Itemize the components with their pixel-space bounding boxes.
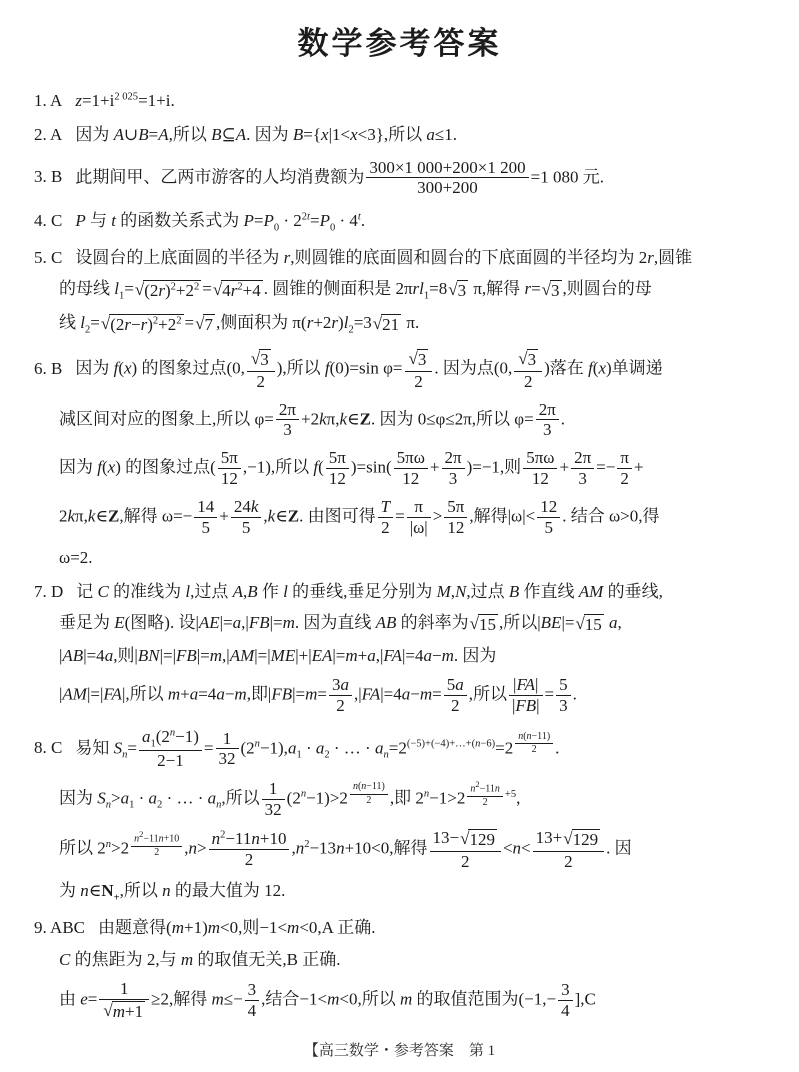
math-variable: M [437, 582, 451, 601]
fraction-denominator: 2 [514, 372, 542, 391]
fraction-numerator: T [378, 498, 393, 518]
superscript: n [255, 738, 260, 749]
bold-symbol: Z [288, 506, 299, 525]
subscript: n [383, 749, 388, 760]
fraction-numerator: 5π [326, 449, 349, 469]
fraction-numerator: 5π [218, 449, 241, 469]
fraction-numerator: 5a [444, 676, 467, 696]
superscript: 2 [194, 282, 199, 293]
fraction-denominator: 2 [430, 852, 501, 871]
radical: √3 [518, 349, 538, 370]
math-variable: n [518, 731, 523, 742]
math-variable: m [283, 613, 295, 632]
answer-item: 1. Az=1+i2 025=1+i. [34, 85, 765, 116]
math-variable: AB [376, 613, 397, 632]
radical: √3 [542, 280, 562, 301]
math-variable: x [124, 359, 132, 378]
math-variable: a [341, 675, 350, 694]
math-variable: m [168, 684, 180, 703]
math-variable: a [216, 684, 225, 703]
fraction: 13+√1292 [533, 829, 604, 870]
fraction-numerator: √3 [514, 349, 542, 372]
fraction: n(n−11)2 [350, 782, 388, 806]
answer-item: 2. A因为 A∪B=A,所以 B⊆A. 因为 B={x|1<x<3},所以 a… [34, 119, 765, 150]
answer-item: 6. B因为 f(x) 的图象过点(0,√32),所以 f(0)=sin φ=√… [34, 344, 765, 573]
math-variable: C [59, 950, 70, 969]
math-variable: m [113, 1002, 125, 1021]
math-variable: a [426, 125, 435, 144]
subscript: 1 [119, 291, 124, 302]
fraction-numerator: 5π [444, 498, 467, 518]
math-variable: a [455, 675, 464, 694]
math-variable: ME [271, 646, 296, 665]
math-variable: FA [516, 675, 535, 694]
math-variable: S [97, 789, 106, 808]
subscript: 1 [296, 749, 301, 760]
answer-item: 4. CP 与 t 的函数关系式为 P=P0 · 22t=P0 · 4t. [34, 205, 765, 239]
math-variable: n [170, 727, 175, 738]
math-variable: n [216, 800, 221, 811]
math-variable: BE [541, 613, 562, 632]
bold-symbol: N+ [101, 881, 119, 900]
fraction-numerator: 14 [194, 498, 217, 518]
fraction: π2 [617, 449, 632, 488]
fraction-numerator: 5πω [394, 449, 428, 469]
math-variable: FB [271, 684, 292, 703]
math-variable: x [321, 125, 329, 144]
radical: √4r2+4 [213, 280, 263, 301]
fraction: π|ω| [407, 498, 431, 537]
page-title: 数学参考答案 [34, 18, 765, 63]
answer-item: 8. C易知 Sn=a1(2n−1)2−1=132(2n−1),a1 · a2 … [34, 723, 765, 910]
fraction-numerator: √3 [247, 349, 275, 372]
fraction: n2−11n+102 [131, 830, 182, 858]
fraction: n2−11n2 [467, 780, 503, 808]
superscript: 2 [171, 282, 176, 293]
answer-item: 5. C设圆台的上底面圆的半径为 r,则圆锥的底面圆和圆台的下底面圆的半径均为 … [34, 242, 765, 341]
fraction-numerator: 13−√129 [430, 829, 501, 852]
fraction-numerator: 2π [571, 449, 594, 469]
bold-symbol: Z [108, 506, 119, 525]
fraction-denominator: 12 [218, 469, 241, 488]
fraction-numerator: 2π [276, 401, 299, 421]
radical-body: 129 [468, 829, 497, 850]
subscript: 2 [348, 325, 353, 336]
math-variable: f [97, 458, 102, 477]
math-variable: n [301, 789, 306, 800]
math-variable: m [172, 918, 184, 937]
radical: √3 [251, 349, 271, 370]
math-variable: n [424, 789, 429, 800]
superscript: 2 [176, 315, 181, 326]
answer-line: 线 l2=√(2r−r)2+22=√7,侧面积为 π(r+2r)l2=3√21 … [34, 307, 765, 341]
fraction-numerator: 12 [537, 498, 560, 518]
fraction-denominator: |ω| [407, 518, 431, 537]
answer-first-line: 1. Az=1+i2 025=1+i. [34, 85, 765, 116]
fraction-denominator: 3 [571, 469, 594, 488]
radical-body: 4r2+4 [221, 280, 262, 301]
answer-first-line: 8. C易知 Sn=a1(2n−1)2−1=132(2n−1),a1 · a2 … [34, 723, 765, 776]
math-variable: FA [362, 684, 381, 703]
fraction: √32 [247, 349, 275, 390]
answer-line: |AB|=4a,则|BN|=|FB|=m,|AM|=|ME|+|EA|=m+a,… [34, 640, 765, 671]
math-variable: n [159, 834, 164, 845]
superscript: (−5)+(−4)+…+(n−6) [407, 738, 495, 749]
math-variable: P [320, 211, 330, 230]
answer-number-and-choice: 9. ABC [34, 918, 85, 937]
math-variable: FB [176, 646, 197, 665]
answer-number-and-choice: 6. B [34, 359, 62, 378]
fraction: 34 [558, 981, 573, 1020]
answer-first-line: 6. B因为 f(x) 的图象过点(0,√32),所以 f(0)=sin φ=√… [34, 344, 765, 395]
math-variable: A [114, 125, 124, 144]
math-variable: n [383, 749, 388, 760]
math-variable: BN [138, 646, 160, 665]
math-variable: B [138, 125, 148, 144]
subscript: 1 [424, 291, 429, 302]
superscript: n [424, 789, 429, 800]
fraction-numerator: 2π [442, 449, 465, 469]
math-variable: f [325, 359, 330, 378]
fraction: 300×1 000+200×1 200300+200 [366, 159, 528, 198]
fraction: 132 [262, 780, 285, 819]
math-variable: k [319, 409, 327, 428]
math-variable: n [495, 784, 500, 795]
math-variable: n [80, 881, 89, 900]
fraction-denominator: 12 [523, 469, 557, 488]
fraction: 34 [245, 981, 260, 1020]
fraction: 24k5 [231, 498, 262, 537]
math-variable: FA [383, 646, 402, 665]
answer-line: |AM|=|FA|,所以 m+a=4a−m,即|FB|=m=3a2,|FA|=4… [34, 671, 765, 720]
answer-number-and-choice: 2. A [34, 125, 62, 144]
radical-body: 3 [417, 349, 429, 370]
radical: √129 [563, 829, 600, 850]
fraction-denominator: 2 [247, 372, 275, 391]
superscript: 2t [302, 212, 310, 223]
fraction-denominator: 3 [536, 420, 559, 439]
math-variable: r [647, 248, 654, 267]
fraction-denominator: 4 [558, 1001, 573, 1020]
math-variable: B [247, 582, 257, 601]
superscript: n [106, 839, 111, 850]
math-variable: n [251, 829, 260, 848]
fraction: 1√m+1 [99, 980, 149, 1021]
fraction-denominator: 2 [378, 518, 393, 537]
math-variable: a [105, 646, 114, 665]
math-variable: A [158, 125, 168, 144]
math-variable: AM [62, 684, 87, 703]
fraction-numerator: |FA| [509, 676, 543, 696]
math-variable: n [189, 839, 198, 858]
fraction: 125 [537, 498, 560, 537]
fraction: 2π3 [571, 449, 594, 488]
fraction-denominator: 2−1 [139, 751, 202, 770]
radical: √7 [195, 314, 215, 335]
answer-line: 的母线 l1=√(2r)2+22=√4r2+4. 圆锥的侧面积是 2πrl1=8… [34, 273, 765, 307]
radical-body: 15 [478, 614, 498, 635]
math-variable: FB [515, 696, 536, 715]
fraction-numerator: n(n−11) [350, 782, 388, 795]
fraction: 13−√1292 [430, 829, 501, 870]
fraction-denominator: 2 [533, 852, 604, 871]
math-variable: P [75, 211, 85, 230]
fraction-denominator: 2 [444, 696, 467, 715]
answer-number-and-choice: 3. B [34, 167, 62, 186]
math-variable: m [287, 918, 299, 937]
math-variable: r [141, 315, 148, 334]
fraction-denominator: 12 [394, 469, 428, 488]
fraction-denominator: 4 [245, 1001, 260, 1020]
radical-body: (2r−r)2+22 [109, 314, 183, 335]
fraction: |FA||FB| [509, 676, 543, 715]
fraction: 145 [194, 498, 217, 537]
math-variable: l [283, 582, 288, 601]
math-variable: a [367, 646, 376, 665]
math-variable: AE [199, 613, 220, 632]
subscript: 2 [157, 800, 162, 811]
fraction-denominator: 2 [515, 744, 553, 756]
radical-body: 3 [527, 349, 539, 370]
fraction-denominator: 32 [262, 800, 285, 819]
fraction-numerator: 13+√129 [533, 829, 604, 852]
fraction-denominator: 5 [194, 518, 217, 537]
radical: √3 [448, 280, 468, 301]
subscript: 2 [85, 325, 90, 336]
fraction-numerator: π [407, 498, 431, 518]
fraction-numerator: n2−11n+10 [131, 830, 182, 847]
math-variable: k [68, 506, 76, 525]
answer-number-and-choice: 1. A [34, 91, 62, 110]
math-variable: k [251, 497, 259, 516]
superscript: n [301, 789, 306, 800]
math-variable: AM [579, 582, 604, 601]
fraction: a1(2n−1)2−1 [139, 728, 202, 771]
fraction-denominator: 2 [131, 847, 182, 859]
math-variable: AM [230, 646, 255, 665]
math-variable: n [296, 839, 305, 858]
superscript: 2 [304, 839, 309, 850]
radical: √129 [460, 829, 497, 850]
math-variable: m [305, 684, 317, 703]
radical: √15 [470, 614, 498, 635]
fraction-numerator: √3 [405, 349, 433, 372]
math-variable: k [339, 409, 347, 428]
answer-sheet-page: 数学参考答案 1. Az=1+i2 025=1+i.2. A因为 A∪B=A,所… [0, 0, 799, 1072]
answer-first-line: 5. C设圆台的上底面圆的半径为 r,则圆锥的底面圆和圆台的下底面圆的半径均为 … [34, 242, 765, 273]
radical: √21 [373, 314, 401, 335]
page-footer: 【高三数学・参考答案 第 1 [34, 1029, 765, 1072]
fraction: √32 [514, 349, 542, 390]
math-variable: m [234, 684, 246, 703]
math-variable: T [381, 497, 390, 516]
math-variable: B [509, 582, 519, 601]
fraction-denominator: 2 [350, 795, 388, 807]
fraction: 5π12 [444, 498, 467, 537]
math-variable: x [108, 458, 116, 477]
radical-body: m+1 [112, 1001, 145, 1022]
math-variable: f [313, 458, 318, 477]
math-variable: t [307, 212, 310, 223]
radical-body: 21 [381, 314, 401, 335]
fraction-denominator: 2 [329, 696, 352, 715]
answer-number-and-choice: 4. C [34, 211, 62, 230]
subscript: n [106, 800, 111, 811]
answer-line: 减区间对应的图象上,所以 φ=2π3+2kπ,k∈Z. 因为 0≤φ≤2π,所以… [34, 396, 765, 445]
answer-number-and-choice: 7. D [34, 582, 63, 601]
radical-body: 129 [572, 829, 601, 850]
fraction: n2−11n+102 [209, 830, 290, 869]
math-variable: B [293, 125, 303, 144]
math-variable: l [185, 582, 190, 601]
fraction: 5π12 [326, 449, 349, 488]
math-variable: S [114, 738, 123, 757]
math-variable: B [211, 125, 221, 144]
math-variable: P [243, 211, 253, 230]
answer-line: 垂足为 E(图略). 设|AE|=a,|FB|=m. 因为直线 AB 的斜率为√… [34, 607, 765, 639]
fraction-denominator: 5 [537, 518, 560, 537]
fraction: 5πω12 [394, 449, 428, 488]
subscript: 0 [330, 223, 335, 234]
math-variable: E [114, 613, 124, 632]
math-variable: A [233, 582, 243, 601]
answer-line: C 的焦距为 2,与 m 的取值无关,B 正确. [34, 944, 765, 975]
fraction: n(n−11)2 [515, 732, 553, 756]
math-variable: r [158, 281, 165, 300]
radical-body: 3 [457, 280, 469, 301]
subscript: 1 [129, 800, 134, 811]
math-variable: n [475, 738, 480, 749]
subscript: + [114, 893, 120, 904]
math-variable: e [80, 989, 88, 1008]
math-variable: rl [413, 279, 424, 298]
answer-line: 为 n∈N+,所以 n 的最大值为 12. [34, 875, 765, 909]
fraction-numerator: π [617, 449, 632, 469]
radical: √(2r−r)2+22 [101, 314, 184, 335]
radical-body: (2r)2+22 [143, 280, 201, 301]
fraction-denominator: 300+200 [366, 178, 528, 197]
math-variable: AB [62, 646, 83, 665]
radical-body: 7 [203, 314, 215, 335]
superscript: n(n−11)2 [513, 738, 555, 749]
math-variable: m [420, 684, 432, 703]
answer-line: 因为 f(x) 的图象过点(5π12,−1),所以 f(5π12)=sin(5π… [34, 444, 765, 493]
math-variable: a [208, 789, 217, 808]
fraction-numerator: a1(2n−1) [139, 728, 202, 752]
math-variable: r [331, 313, 338, 332]
math-variable: FA [103, 684, 122, 703]
answer-line: 由 e=1√m+1≥2,解得 m≤−34,结合−1<m<0,所以 m 的取值范围… [34, 975, 765, 1026]
answer-first-line: 7. D记 C 的准线为 l,过点 A,B 作 l 的垂线,垂足分别为 M,N,… [34, 576, 765, 607]
radical: √m+1 [103, 1001, 145, 1022]
fraction: 132 [216, 730, 239, 769]
math-variable: t [358, 212, 361, 223]
math-variable: FB [249, 613, 270, 632]
math-variable: P [263, 211, 273, 230]
fraction-denominator: 2 [617, 469, 632, 488]
superscript: 2 [237, 282, 242, 293]
math-variable: a [402, 684, 411, 703]
radical-body: 3 [259, 349, 271, 370]
bold-symbol: Z [360, 409, 371, 428]
answer-line: ω=2. [34, 542, 765, 573]
fraction-numerator: n2−11n [467, 780, 503, 797]
fraction-numerator: 5πω [523, 449, 557, 469]
subscript: 1 [150, 738, 155, 749]
superscript: 2 [475, 779, 479, 789]
radical-body: 15 [584, 614, 604, 635]
fraction: 5a2 [444, 676, 467, 715]
answer-line: 所以 2n>2n2−11n+102,n>n2−11n+102,n2−13n+10… [34, 824, 765, 875]
superscript: 2 [153, 315, 158, 326]
superscript: n2−11n+102 [129, 839, 184, 850]
subscript: n [122, 749, 127, 760]
math-variable: k [88, 506, 96, 525]
fraction-numerator: n2−11n+10 [209, 830, 290, 850]
math-variable: n [255, 738, 260, 749]
answer-first-line: 4. CP 与 t 的函数关系式为 P=P0 · 22t=P0 · 4t. [34, 205, 765, 239]
math-variable: m [345, 646, 357, 665]
answer-first-line: 3. B此期间甲、乙两市游客的人均消费额为300×1 000+200×1 200… [34, 154, 765, 203]
fraction-denominator: 2 [467, 797, 503, 809]
fraction: 5πω12 [523, 449, 557, 488]
answer-line: 2kπ,k∈Z,解得 ω=−145+24k5,k∈Z. 由图可得T2=π|ω|>… [34, 493, 765, 542]
fraction-numerator: 1 [99, 980, 149, 1000]
fraction: T2 [378, 498, 393, 537]
math-variable: a [190, 684, 199, 703]
math-variable: C [98, 582, 109, 601]
subscript: 2 [324, 749, 329, 760]
fraction-numerator: 3 [558, 981, 573, 1001]
answer-number-and-choice: 5. C [34, 248, 62, 267]
math-variable: n [106, 800, 111, 811]
math-variable: f [588, 359, 593, 378]
radical: √(2r)2+22 [135, 280, 201, 301]
fraction-denominator: |FB| [509, 696, 543, 715]
fraction-denominator: 5 [231, 518, 262, 537]
radical-body: 3 [550, 280, 562, 301]
fraction-numerator: 1 [216, 730, 239, 750]
math-variable: x [350, 125, 358, 144]
math-variable: m [181, 950, 193, 969]
math-variable: n [361, 781, 366, 792]
fraction: 2π3 [536, 401, 559, 440]
math-variable: m [208, 918, 220, 937]
fraction: 53 [556, 676, 571, 715]
fraction-denominator: 2 [209, 850, 290, 869]
subscript: n [216, 800, 221, 811]
answer-first-line: 9. ABC由题意得(m+1)m<0,则−1<m<0,A 正确. [34, 912, 765, 943]
superscript: n2−11n2+5 [465, 789, 516, 800]
math-variable: m [327, 989, 339, 1008]
math-variable: n [527, 731, 532, 742]
math-variable: EA [312, 646, 333, 665]
fraction-numerator: 3 [245, 981, 260, 1001]
fraction-denominator: 3 [276, 420, 299, 439]
fraction: 2π3 [442, 449, 465, 488]
radical: √3 [409, 349, 429, 370]
superscript: n [170, 727, 175, 738]
math-variable: a [609, 613, 618, 632]
radical: √15 [575, 614, 603, 635]
math-variable: m [210, 646, 222, 665]
math-variable: n [122, 749, 127, 760]
math-variable: a [149, 789, 158, 808]
math-variable: n [212, 829, 221, 848]
fraction-numerator: 2π [536, 401, 559, 421]
math-variable: m [442, 646, 454, 665]
math-variable: r [124, 315, 131, 334]
